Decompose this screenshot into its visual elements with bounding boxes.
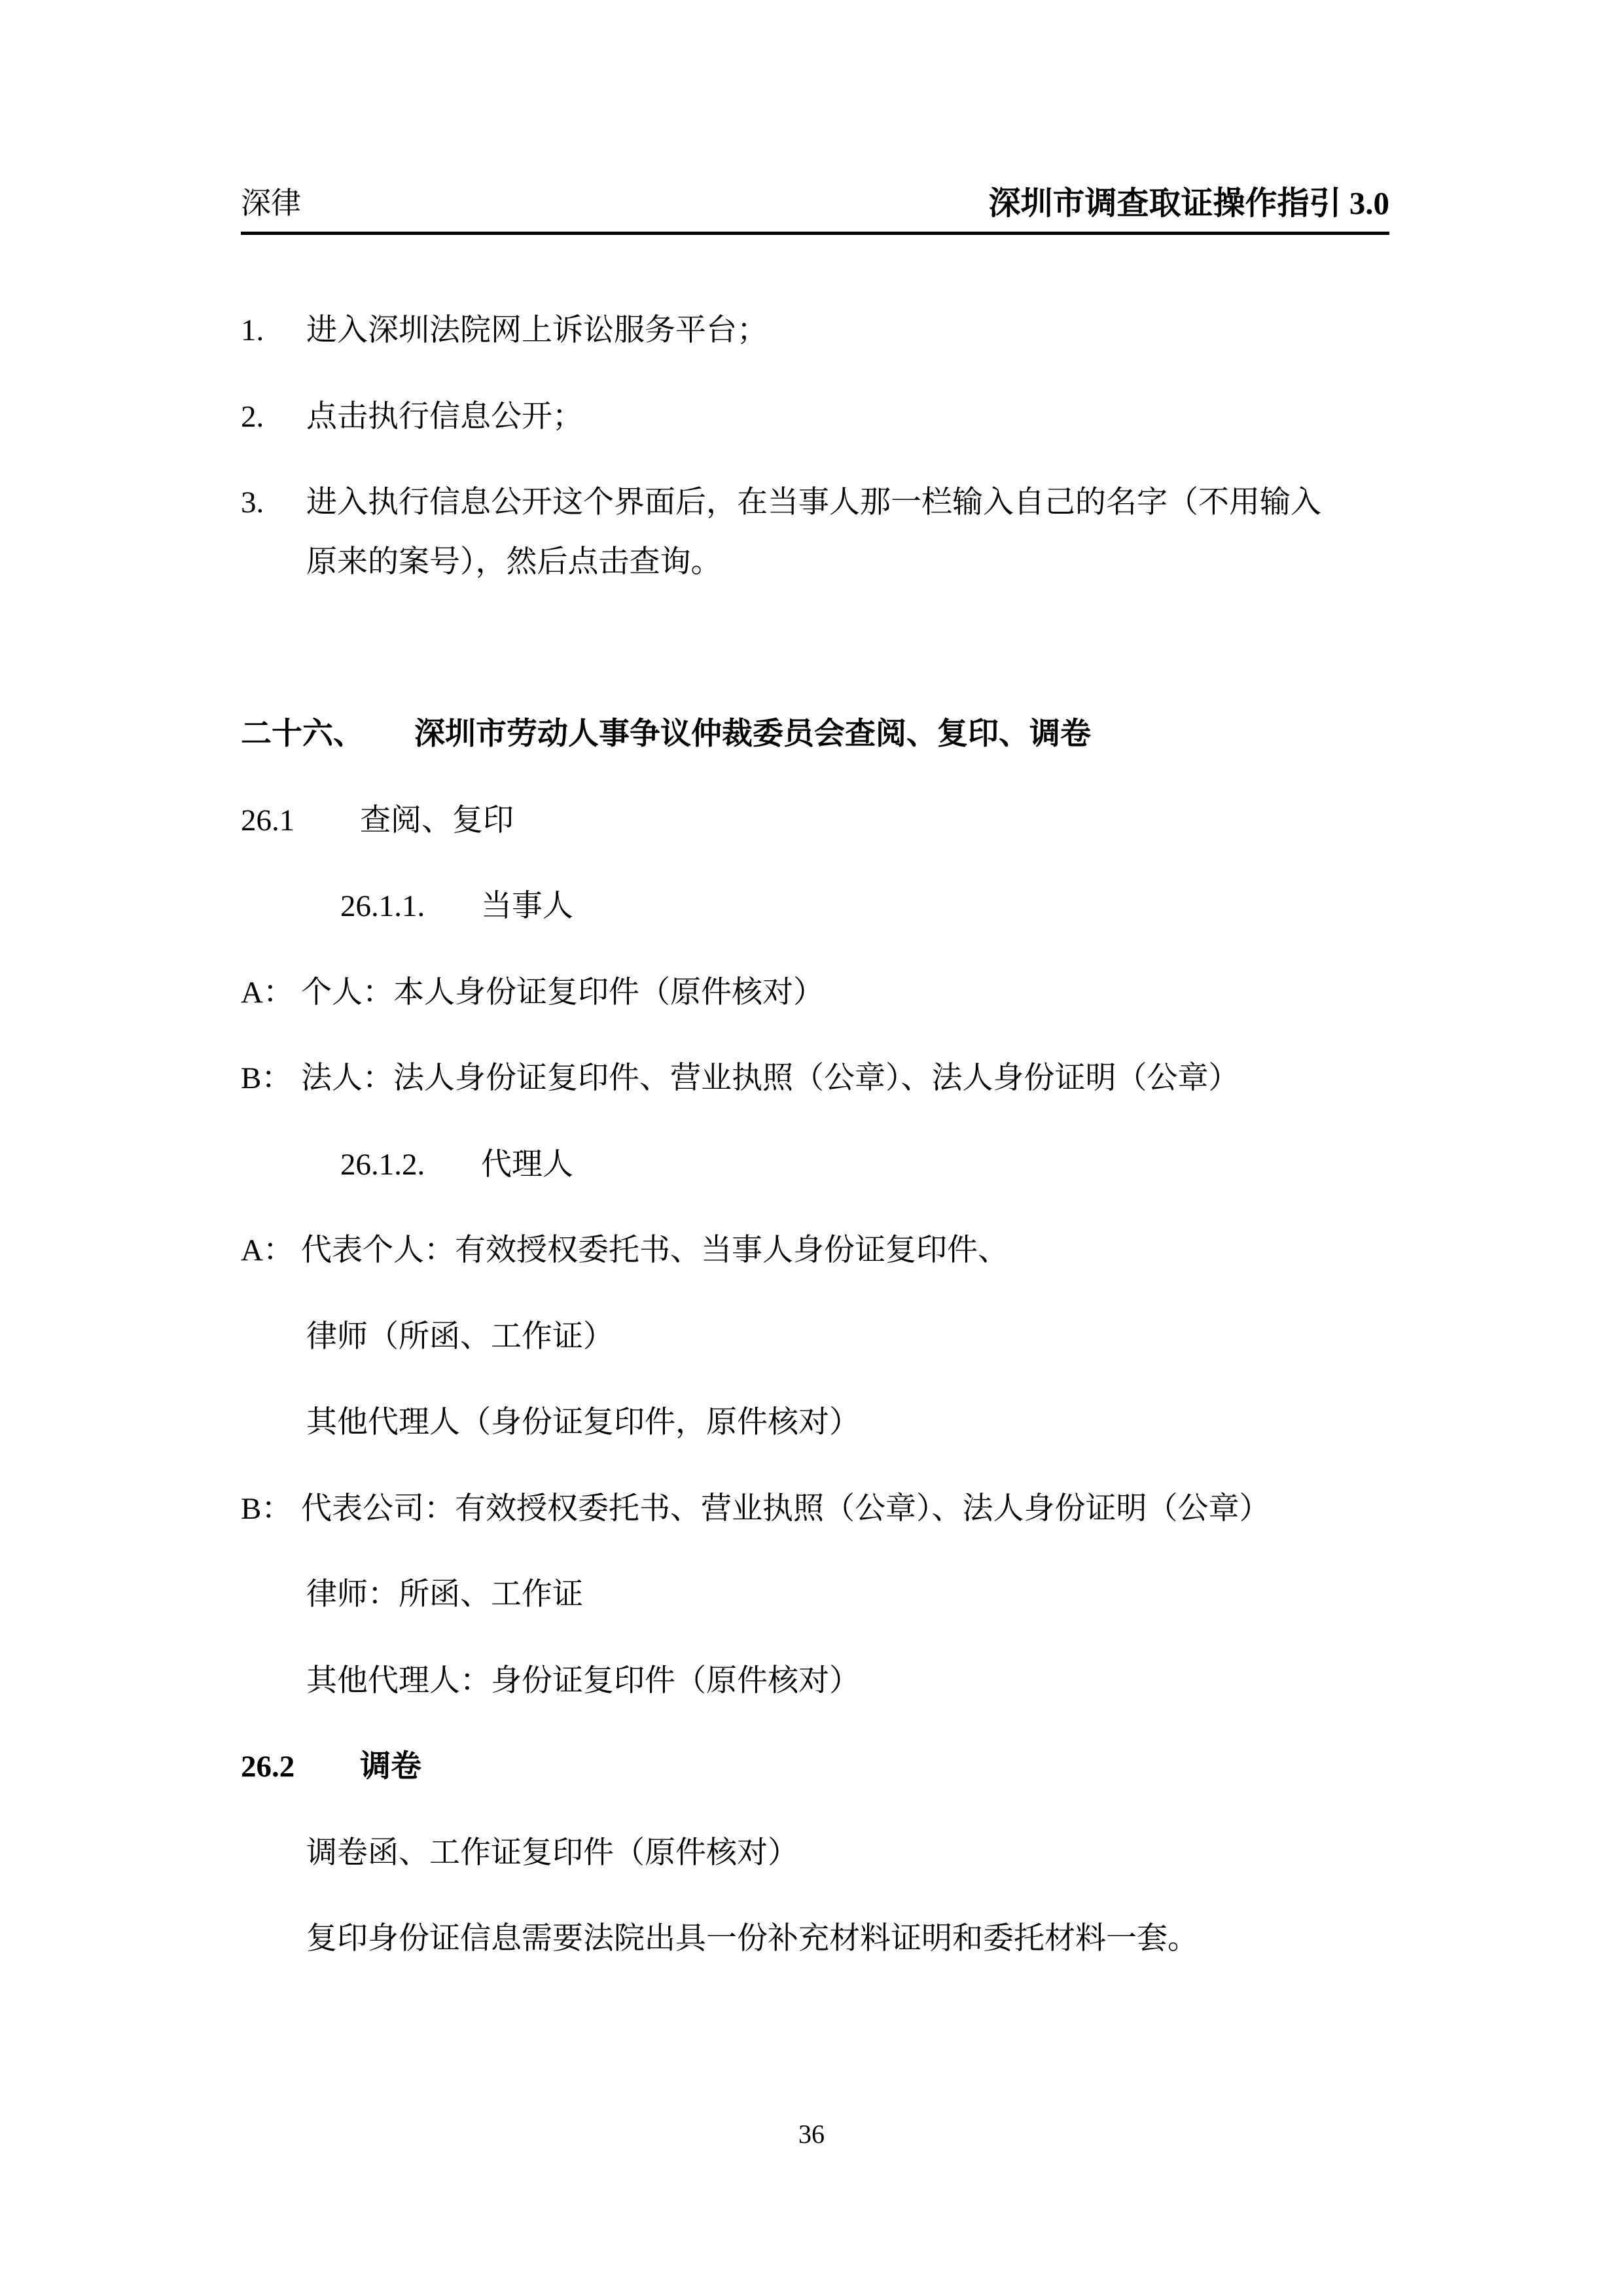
agent-requirement-lawyer: 律师（所函、工作证） — [306, 1317, 614, 1356]
step-number: 1. — [241, 311, 306, 350]
subsection-title: 查阅、复印 — [360, 804, 514, 838]
item-text: 其他代理人：身份证复印件（原件核对） — [306, 1664, 860, 1698]
step-text: 原来的案号），然后点击查询。 — [306, 545, 722, 579]
item-text: 法人：法人身份证复印件、营业执照（公章）、法人身份证明（公章） — [301, 1061, 1240, 1095]
party-requirement-b: B：法人：法人身份证复印件、营业执照（公章）、法人身份证明（公章） — [241, 1059, 1240, 1098]
transfer-line-1: 调卷函、工作证复印件（原件核对） — [306, 1833, 798, 1873]
subsection-title: 当事人 — [481, 889, 573, 923]
item-text: 代表个人：有效授权委托书、当事人身份证复印件、 — [301, 1233, 1008, 1267]
step-text: 进入深圳法院网上诉讼服务平台； — [306, 313, 768, 347]
item-text: 其他代理人（身份证复印件，原件核对） — [306, 1405, 860, 1439]
step-item-3: 3.进入执行信息公开这个界面后，在当事人那一栏输入自己的名字（不用输入 — [241, 483, 1321, 522]
item-marker: A： — [241, 1231, 301, 1270]
step-item-3-continuation: 原来的案号），然后点击查询。 — [306, 542, 722, 582]
subsection-heading-26-1: 26.1查阅、复印 — [241, 801, 514, 840]
item-text: 律师：所函、工作证 — [306, 1578, 583, 1612]
item-marker: A： — [241, 973, 301, 1012]
page-header: 深律 深圳市调查取证操作指引 3.0 — [241, 183, 1389, 224]
item-text: 复印身份证信息需要法院出具一份补充材料证明和委托材料一套。 — [306, 1922, 1198, 1956]
section-title: 深圳市劳动人事争议仲裁委员会查阅、复印、调卷 — [414, 717, 1091, 751]
agent-requirement-other: 其他代理人（身份证复印件，原件核对） — [306, 1403, 860, 1442]
section-heading-26: 二十六、深圳市劳动人事争议仲裁委员会查阅、复印、调卷 — [241, 715, 1091, 754]
subsection-number: 26.1.1. — [340, 887, 481, 926]
header-logo-text: 深律 — [241, 183, 301, 224]
step-number: 2. — [241, 397, 306, 436]
item-text: 律师（所函、工作证） — [306, 1320, 614, 1354]
agent-requirement-lawyer-2: 律师：所函、工作证 — [306, 1575, 583, 1614]
header-rule — [241, 232, 1389, 235]
item-marker: B： — [241, 1059, 301, 1098]
agent-requirement-b: B：代表公司：有效授权委托书、营业执照（公章）、法人身份证明（公章） — [241, 1489, 1270, 1528]
page-number: 36 — [0, 2115, 1623, 2154]
transfer-line-2: 复印身份证信息需要法院出具一份补充材料证明和委托材料一套。 — [306, 1919, 1198, 1958]
step-item-2: 2.点击执行信息公开； — [241, 397, 583, 436]
party-requirement-a: A：个人：本人身份证复印件（原件核对） — [241, 973, 824, 1012]
subsection-number: 26.1 — [241, 801, 360, 840]
step-number: 3. — [241, 483, 306, 522]
subsection-heading-26-1-2: 26.1.2.代理人 — [340, 1145, 573, 1184]
agent-requirement-other-2: 其他代理人：身份证复印件（原件核对） — [306, 1661, 860, 1701]
header-doc-title: 深圳市调查取证操作指引 3.0 — [988, 183, 1389, 224]
item-text: 个人：本人身份证复印件（原件核对） — [301, 976, 824, 1010]
subsection-title: 代理人 — [481, 1148, 573, 1182]
document-page: 深律 深圳市调查取证操作指引 3.0 1.进入深圳法院网上诉讼服务平台； 2.点… — [0, 0, 1623, 2296]
agent-requirement-a: A：代表个人：有效授权委托书、当事人身份证复印件、 — [241, 1231, 1008, 1270]
subsection-heading-26-1-1: 26.1.1.当事人 — [340, 887, 573, 926]
subsection-number: 26.2 — [241, 1747, 360, 1786]
item-marker: B： — [241, 1489, 301, 1528]
subsection-title: 调卷 — [360, 1750, 421, 1784]
section-number: 二十六、 — [241, 715, 414, 754]
item-text: 调卷函、工作证复印件（原件核对） — [306, 1836, 798, 1870]
step-item-1: 1.进入深圳法院网上诉讼服务平台； — [241, 311, 768, 350]
step-text: 点击执行信息公开； — [306, 400, 583, 434]
subsection-heading-26-2: 26.2调卷 — [241, 1747, 421, 1786]
subsection-number: 26.1.2. — [340, 1145, 481, 1184]
item-text: 代表公司：有效授权委托书、营业执照（公章）、法人身份证明（公章） — [301, 1492, 1270, 1526]
step-text: 进入执行信息公开这个界面后，在当事人那一栏输入自己的名字（不用输入 — [306, 486, 1321, 520]
